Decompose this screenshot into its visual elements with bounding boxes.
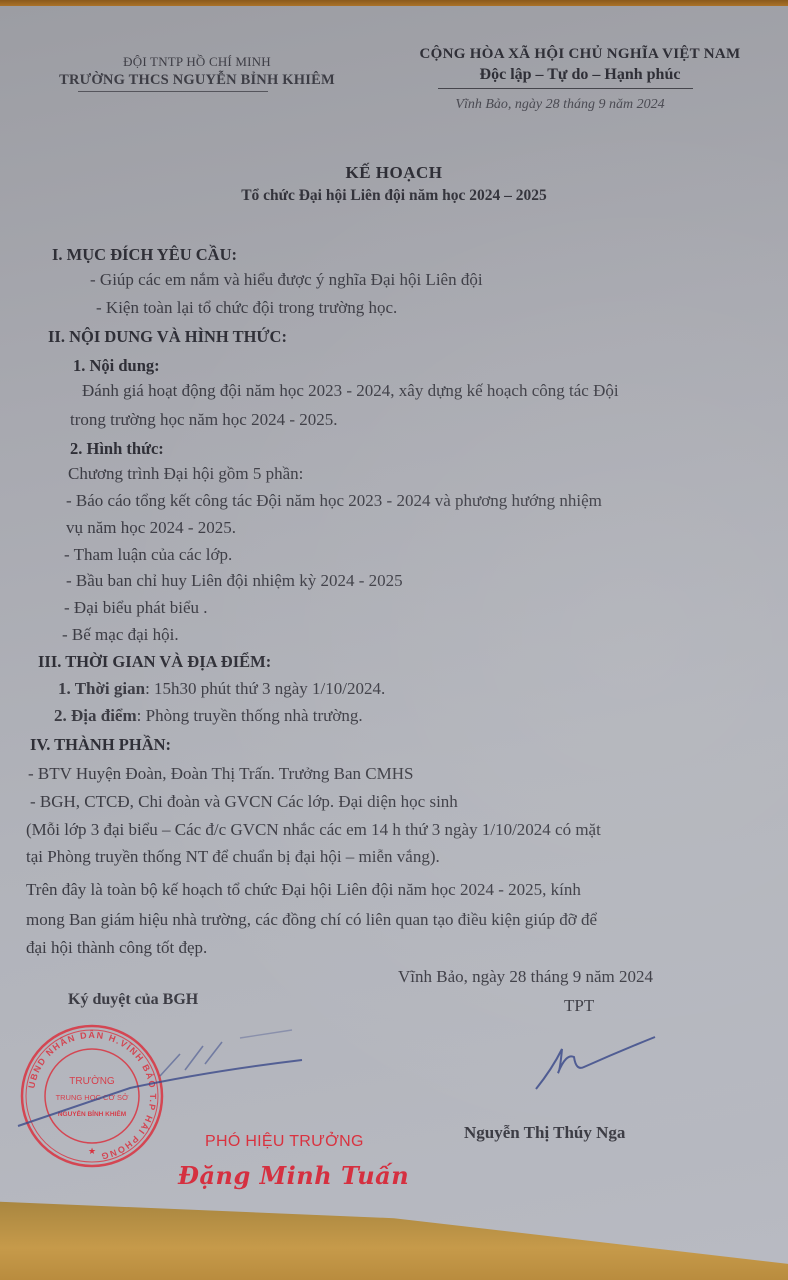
content-heading: 1. Nội dung: — [73, 356, 160, 376]
time-value: : 15h30 phút thứ 3 ngày 1/10/2024. — [145, 679, 385, 698]
participants-line: - BTV Huyện Đoàn, Đoàn Thị Trấn. Trưởng … — [28, 764, 413, 784]
place-row: 2. Địa điểm: Phòng truyền thống nhà trườ… — [54, 706, 363, 726]
document-title: KẾ HOẠCH — [0, 163, 788, 183]
header-left: ĐỘI TNTP HỒ CHÍ MINH TRƯỜNG THCS NGUYỄN … — [0, 53, 394, 92]
header-left-underline — [78, 91, 268, 92]
form-item: - Báo cáo tổng kết công tác Đội năm học … — [66, 491, 602, 511]
school-name: TRƯỜNG THCS NGUYỄN BỈNH KHIÊM — [0, 71, 394, 89]
closing-line: đại hội thành công tốt đẹp. — [26, 938, 207, 958]
time-row: 1. Thời gian: 15h30 phút thứ 3 ngày 1/10… — [58, 679, 385, 699]
section-3-heading: III. THỜI GIAN VÀ ĐỊA ĐIỂM: — [38, 652, 271, 672]
svg-text:UBND NHÂN DÂN H.VĨNH BẢO T.P H: UBND NHÂN DÂN H.VĨNH BẢO T.P HẢI PHÒNG — [26, 1029, 158, 1162]
school-stamp: UBND NHÂN DÂN H.VĨNH BẢO T.P HẢI PHÒNG T… — [20, 1024, 164, 1168]
section-4-heading: IV. THÀNH PHẦN: — [30, 735, 171, 755]
form-item: - Bế mạc đại hội. — [62, 625, 179, 645]
section-2-heading: II. NỘI DUNG VÀ HÌNH THỨC: — [48, 327, 287, 347]
signature-date: Vĩnh Bảo, ngày 28 tháng 9 năm 2024 — [398, 967, 653, 987]
document-subtitle: Tổ chức Đại hội Liên đội năm học 2024 – … — [0, 187, 788, 205]
participants-line: - BGH, CTCĐ, Chi đoàn và GVCN Các lớp. Đ… — [30, 792, 458, 812]
content-line: Đánh giá hoạt động đội năm học 2023 - 20… — [82, 381, 619, 401]
place-label: 2. Địa điểm — [54, 706, 137, 725]
closing-line: Trên đây là toàn bộ kế hoạch tổ chức Đại… — [26, 880, 581, 900]
form-item: - Đại biểu phát biểu . — [64, 598, 208, 618]
national-motto: Độc lập – Tự do – Hạnh phúc — [370, 64, 788, 86]
place-value: : Phòng truyền thống nhà trường. — [137, 706, 363, 725]
tpt-role: TPT — [564, 996, 594, 1016]
form-item: - Bầu ban chỉ huy Liên đội nhiệm kỳ 2024… — [66, 571, 403, 591]
approval-label: Ký duyệt của BGH — [68, 991, 198, 1009]
content-line: trong trường học năm học 2024 - 2025. — [70, 410, 338, 430]
header-right-underline — [438, 88, 693, 89]
participants-line: (Mỗi lớp 3 đại biểu – Các đ/c GVCN nhắc … — [26, 820, 601, 840]
organization-name: ĐỘI TNTP HỒ CHÍ MINH — [0, 53, 394, 71]
form-item: vụ năm học 2024 - 2025. — [66, 518, 236, 538]
section-1-heading: I. MỤC ĐÍCH YÊU CẦU: — [52, 245, 237, 265]
form-item: - Tham luận của các lớp. — [64, 545, 232, 565]
time-label: 1. Thời gian — [58, 679, 145, 698]
header-date: Vĩnh Bảo, ngày 28 tháng 9 năm 2024 — [330, 93, 788, 117]
stamp-line: TRUNG HỌC CƠ SỞ — [56, 1093, 129, 1102]
section-1-item: - Kiện toàn lại tổ chức đội trong trường… — [96, 298, 397, 318]
stamp-star-icon: ★ — [88, 1146, 96, 1156]
participants-line: tại Phòng truyền thống NT để chuẩn bị đạ… — [26, 847, 440, 867]
tpt-name: Nguyễn Thị Thúy Nga — [464, 1123, 625, 1143]
tpt-signature — [530, 1031, 660, 1096]
vice-principal-title: PHÓ HIỆU TRƯỞNG — [205, 1133, 364, 1151]
nation-name: CỘNG HÒA XÃ HỘI CHỦ NGHĨA VIỆT NAM — [370, 44, 788, 64]
bgh-signature — [10, 1016, 310, 1136]
form-intro: Chương trình Đại hội gồm 5 phần: — [68, 464, 303, 484]
stamp-line: TRƯỜNG — [69, 1074, 115, 1087]
form-heading: 2. Hình thức: — [70, 439, 164, 459]
closing-line: mong Ban giám hiệu nhà trường, các đồng … — [26, 910, 597, 930]
stamp-line: NGUYỄN BỈNH KHIÊM — [58, 1109, 126, 1118]
stamp-outer-text: UBND NHÂN DÂN H.VĨNH BẢO T.P HẢI PHÒNG — [26, 1029, 158, 1162]
header-right: CỘNG HÒA XÃ HỘI CHỦ NGHĨA VIỆT NAM Độc l… — [370, 44, 788, 117]
vice-principal-name: Đặng Minh Tuấn — [178, 1161, 409, 1190]
document-paper: ĐỘI TNTP HỒ CHÍ MINH TRƯỜNG THCS NGUYỄN … — [0, 6, 788, 1274]
section-1-item: - Giúp các em nắm và hiểu được ý nghĩa Đ… — [90, 270, 483, 290]
